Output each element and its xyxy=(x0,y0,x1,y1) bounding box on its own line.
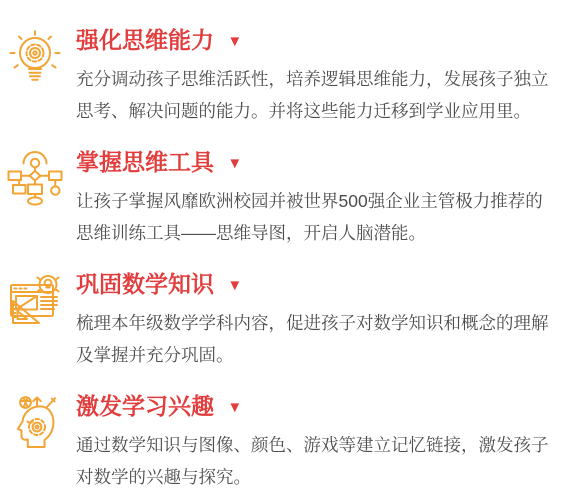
triangle-down-icon: ▼ xyxy=(227,149,242,179)
head-gear-icon xyxy=(6,391,68,452)
feature-title-text: 激发学习兴趣 xyxy=(76,393,214,419)
feature-description: 梳理本年级数学学科内容，促进孩子对数学知识和概念的理解及掌握并充分巩固。 xyxy=(76,308,554,371)
feature-content: 强化思维能力 ▼ 充分调动孩子思维活跃性，培养逻辑思维能力，发展孩子独立思考、解… xyxy=(76,25,559,127)
feature-title-text: 掌握思维工具 xyxy=(76,149,214,175)
mind-map-icon xyxy=(6,147,68,208)
triangle-down-icon: ▼ xyxy=(227,393,242,423)
feature-description: 让孩子掌握风靡欧洲校园并被世界500强企业主管极力推荐的思维训练工具——思维导图… xyxy=(76,186,554,249)
feature-section-thinking-tools: 掌握思维工具 ▼ 让孩子掌握风靡欧洲校园并被世界500强企业主管极力推荐的思维训… xyxy=(6,147,559,249)
course-benefits-page: 强化思维能力 ▼ 充分调动孩子思维活跃性，培养逻辑思维能力，发展孩子独立思考、解… xyxy=(0,0,567,492)
feature-content: 掌握思维工具 ▼ 让孩子掌握风靡欧洲校园并被世界500强企业主管极力推荐的思维训… xyxy=(76,147,559,249)
feature-section-learning-interest: 激发学习兴趣 ▼ 通过数学知识与图像、颜色、游戏等建立记忆链接，激发孩子对数学的… xyxy=(6,391,559,492)
feature-content: 巩固数学知识 ▼ 梳理本年级数学学科内容，促进孩子对数学知识和概念的理解及掌握并… xyxy=(76,269,559,371)
feature-description: 通过数学知识与图像、颜色、游戏等建立记忆链接，激发孩子对数学的兴趣与探究。 xyxy=(76,430,554,492)
feature-title-thinking-tools[interactable]: 掌握思维工具 ▼ xyxy=(76,147,559,179)
feature-content: 激发学习兴趣 ▼ 通过数学知识与图像、颜色、游戏等建立记忆链接，激发孩子对数学的… xyxy=(76,391,559,492)
feature-title-math-knowledge[interactable]: 巩固数学知识 ▼ xyxy=(76,269,559,301)
feature-title-text: 巩固数学知识 xyxy=(76,271,214,297)
triangle-down-icon: ▼ xyxy=(227,271,242,301)
feature-section-math-knowledge: 巩固数学知识 ▼ 梳理本年级数学学科内容，促进孩子对数学知识和概念的理解及掌握并… xyxy=(6,269,559,371)
document-ruler-icon xyxy=(6,269,68,330)
feature-description: 充分调动孩子思维活跃性，培养逻辑思维能力，发展孩子独立思考、解决问题的能力。并将… xyxy=(76,64,554,127)
feature-title-learning-interest[interactable]: 激发学习兴趣 ▼ xyxy=(76,391,559,423)
feature-section-strengthen-thinking: 强化思维能力 ▼ 充分调动孩子思维活跃性，培养逻辑思维能力，发展孩子独立思考、解… xyxy=(6,25,559,127)
feature-title-strengthen-thinking[interactable]: 强化思维能力 ▼ xyxy=(76,25,559,57)
triangle-down-icon: ▼ xyxy=(227,27,242,57)
lightbulb-gear-icon xyxy=(6,25,68,86)
feature-title-text: 强化思维能力 xyxy=(76,27,214,53)
